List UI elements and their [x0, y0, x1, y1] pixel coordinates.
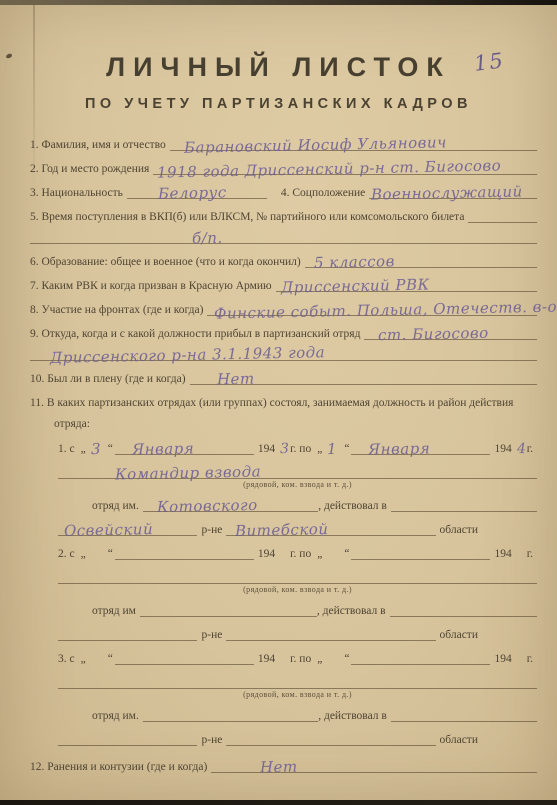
- open-quote: „: [79, 443, 88, 455]
- field-label: 7. Каким РВК и когда призван в Красную А…: [30, 280, 276, 292]
- field-arrival-origin-line2: Дриссенского р-на 3.1.1943 года: [30, 344, 537, 361]
- answer-line: [468, 207, 537, 223]
- scan-edge-top: [0, 0, 557, 5]
- form-body: 1. Фамилия, имя и отчество Барановский И…: [30, 134, 537, 773]
- answer-line: ст. Бигосово: [364, 324, 537, 340]
- close-quote: “: [106, 443, 115, 455]
- answer-line: 5 классов: [305, 252, 537, 268]
- answer-line: Нет: [190, 369, 537, 385]
- oblast-line: Витебской: [226, 520, 435, 536]
- year-stub: 194: [254, 443, 279, 455]
- answer-line: Финские событ. Польша, Отечеств. в-ой: [207, 300, 537, 316]
- entry2-region-row: р-не области: [58, 624, 482, 641]
- acted-label: , действовал в: [318, 710, 391, 722]
- month-from-line: [115, 649, 254, 665]
- answer-line: б/п.: [30, 228, 537, 244]
- answer-line: Дриссенского р-на 3.1.1943 года: [30, 345, 537, 361]
- acted-label: , действовал в: [318, 500, 391, 512]
- day-from-slot: 3: [88, 440, 106, 455]
- field-label: 12. Ранения и контузии (где и когда): [30, 761, 211, 773]
- field-value-handwritten: Финские событ. Польша, Отечеств. в-ой: [214, 297, 557, 322]
- form-title: ЛИЧНЫЙ ЛИСТОК: [0, 52, 557, 83]
- position-line: Командир взвода: [58, 463, 537, 479]
- field-label: 3. Национальность: [30, 187, 127, 199]
- rayon-line: [58, 730, 197, 746]
- g-label: г.: [527, 653, 537, 665]
- entry1-otryad-row: отряд им. Котовского , действовал в: [58, 495, 537, 512]
- month-from-line: Января: [115, 439, 254, 455]
- field-value-handwritten: 1918 года Дриссенский р-н ст. Бигосово: [157, 156, 502, 181]
- g-label: г.: [527, 548, 537, 560]
- year-stub: 194: [254, 548, 279, 560]
- oblast-label: области: [436, 524, 482, 536]
- entry3-dates-row: 3. с „ “ 194 г. по „ “ 194 г.: [58, 648, 537, 665]
- open-quote: „: [315, 653, 324, 665]
- rank-caption: (рядовой, ком. взвода и т. д.): [58, 690, 537, 701]
- section11-entries: 1. с „ 3 “ Января 194 3 г. по „ 1 “ Янва…: [30, 438, 537, 746]
- position-handwritten: Командир взвода: [115, 462, 261, 483]
- open-quote: „: [315, 443, 324, 455]
- entry-number: 3. с: [58, 653, 79, 665]
- oblast-line: [226, 625, 435, 641]
- otryad-name-handwritten: Котовского: [157, 495, 258, 515]
- field-label: 10. Был ли в плену (где и когда): [30, 373, 190, 385]
- acted-line: [390, 601, 537, 617]
- day-to-slot: [324, 650, 342, 665]
- rayon-handwritten: Освейский: [63, 520, 153, 540]
- g-label: г.: [527, 443, 537, 455]
- entry2-dates-row: 2. с „ “ 194 г. по „ “ 194 г.: [58, 543, 537, 560]
- month-from-handwritten: Января: [131, 439, 194, 458]
- field-party-membership: 5. Время поступления в ВКП(б) или ВЛКСМ,…: [30, 206, 537, 223]
- field-label: 9. Откуда, когда и с какой должности при…: [30, 328, 364, 340]
- close-quote: “: [106, 653, 115, 665]
- field-value-handwritten: Белорус: [158, 183, 227, 202]
- field-value-handwritten: Нет: [217, 370, 255, 389]
- day-from-slot: [88, 545, 106, 560]
- day-to-handwritten: 1: [327, 439, 337, 457]
- entry3-position-row: [58, 672, 537, 689]
- oblast-handwritten: Витебской: [235, 520, 329, 540]
- close-quote: “: [342, 653, 351, 665]
- close-quote: “: [106, 548, 115, 560]
- day-from-slot: [88, 650, 106, 665]
- entry3-region-row: р-не области: [58, 729, 482, 746]
- acted-line: [391, 496, 537, 512]
- field-wounds: 12. Ранения и контузии (где и когда) Нет: [30, 756, 537, 773]
- field-label: 1. Фамилия, имя и отчество: [30, 139, 170, 151]
- field-label: 8. Участие на фронтах (где и когда): [30, 304, 207, 316]
- field-value-handwritten: Дриссенский РВК: [281, 275, 430, 296]
- field-value-handwritten: 5 классов: [314, 252, 395, 272]
- oblast-line: [226, 730, 435, 746]
- open-quote: „: [315, 548, 324, 560]
- year-to-digit-handwritten: 4: [517, 440, 527, 456]
- field-party-membership-answer: б/п.: [30, 227, 537, 244]
- answer-line: Нет: [211, 757, 537, 773]
- year-stub: 194: [490, 443, 515, 455]
- otryad-name-line: Котовского: [143, 496, 318, 512]
- otryad-label: отряд им: [92, 605, 140, 617]
- oblast-label: области: [436, 734, 482, 746]
- rayon-label: р-не: [197, 524, 226, 536]
- year-stub: 194: [254, 653, 279, 665]
- field-full-name: 1. Фамилия, имя и отчество Барановский И…: [30, 134, 537, 151]
- acted-label: , действовал в: [317, 605, 390, 617]
- answer-line: Военнослужащий: [369, 183, 537, 199]
- field-value-handwritten: Нет: [260, 757, 298, 776]
- field-value-handwritten: ст. Бигосово: [378, 324, 489, 344]
- scanned-form-page: 15 ЛИЧНЫЙ ЛИСТОК ПО УЧЕТУ ПАРТИЗАНСКИХ К…: [0, 0, 557, 805]
- g-po-label: г. по: [290, 443, 315, 455]
- answer-line: Белорус: [127, 183, 267, 199]
- month-to-line: Января: [351, 439, 490, 455]
- day-to-slot: [324, 545, 342, 560]
- entry3-otryad-row: отряд им. , действовал в: [58, 705, 537, 722]
- rank-caption: (рядовой, ком. взвода и т. д.): [58, 585, 537, 596]
- g-po-label: г. по: [290, 653, 315, 665]
- year-stub: 194: [490, 548, 515, 560]
- field-label: 6. Образование: общее и военное (что и к…: [30, 256, 305, 268]
- form-subtitle: ПО УЧЕТУ ПАРТИЗАНСКИХ КАДРОВ: [0, 96, 557, 112]
- field-front-service: 8. Участие на фронтах (где и когда) Финс…: [30, 299, 537, 316]
- otryad-name-line: [143, 706, 318, 722]
- open-quote: „: [79, 548, 88, 560]
- month-to-line: [351, 649, 490, 665]
- entry1-position-row: Командир взвода: [58, 462, 537, 479]
- position-line: [58, 673, 537, 689]
- answer-line: Барановский Иосиф Ульянович: [170, 135, 537, 151]
- field-value-handwritten: Дриссенского р-на 3.1.1943 года: [50, 343, 326, 367]
- position-line: [58, 568, 537, 584]
- answer-line: Дриссенский РВК: [276, 276, 537, 292]
- field-nationality-socclass: 3. Национальность Белорус 4. Соцположени…: [30, 182, 537, 199]
- field-value-handwritten: б/п.: [192, 229, 223, 248]
- entry2-otryad-row: отряд им , действовал в: [58, 600, 537, 617]
- otryad-label: отряд им.: [92, 710, 143, 722]
- field-arrival-origin: 9. Откуда, когда и с какой должности при…: [30, 323, 537, 340]
- g-po-label: г. по: [290, 548, 315, 560]
- field-label: 4. Соцположение: [267, 187, 369, 199]
- entry-number: 2. с: [58, 548, 79, 560]
- section11-header: 11. В каких партизанских отрядах (или гр…: [30, 393, 537, 436]
- field-value-handwritten: Военнослужащий: [371, 182, 523, 203]
- day-from-handwritten: 3: [91, 439, 101, 457]
- field-pow: 10. Был ли в плену (где и когда) Нет: [30, 368, 537, 385]
- otryad-name-line: [140, 601, 317, 617]
- rayon-label: р-не: [197, 734, 226, 746]
- close-quote: “: [342, 548, 351, 560]
- field-label: 2. Год и место рождения: [30, 163, 153, 175]
- acted-line: [391, 706, 537, 722]
- scan-edge-bottom: [0, 800, 557, 805]
- year-stub: 194: [490, 653, 515, 665]
- year-from-digit-handwritten: 3: [280, 440, 290, 456]
- rayon-label: р-не: [197, 629, 226, 641]
- field-birth: 2. Год и место рождения 1918 года Дриссе…: [30, 158, 537, 175]
- entry1-region-row: Освейский р-не Витебской области: [58, 519, 482, 536]
- month-to-line: [351, 544, 490, 560]
- otryad-label: отряд им.: [92, 500, 143, 512]
- field-rvk-draft: 7. Каким РВК и когда призван в Красную А…: [30, 275, 537, 292]
- month-to-handwritten: Января: [368, 439, 431, 458]
- rayon-line: [58, 625, 197, 641]
- rayon-line: Освейский: [58, 520, 197, 536]
- close-quote: “: [342, 443, 351, 455]
- entry2-position-row: [58, 567, 537, 584]
- month-from-line: [115, 544, 254, 560]
- answer-line: 1918 года Дриссенский р-н ст. Бигосово: [153, 159, 537, 175]
- field-education: 6. Образование: общее и военное (что и к…: [30, 251, 537, 268]
- day-to-slot: 1: [324, 440, 342, 455]
- open-quote: „: [79, 653, 88, 665]
- oblast-label: области: [436, 629, 482, 641]
- entry-number: 1. с: [58, 443, 79, 455]
- entry1-dates-row: 1. с „ 3 “ Января 194 3 г. по „ 1 “ Янва…: [58, 438, 537, 455]
- field-value-handwritten: Барановский Иосиф Ульянович: [184, 133, 447, 157]
- field-label: 5. Время поступления в ВКП(б) или ВЛКСМ,…: [30, 211, 468, 223]
